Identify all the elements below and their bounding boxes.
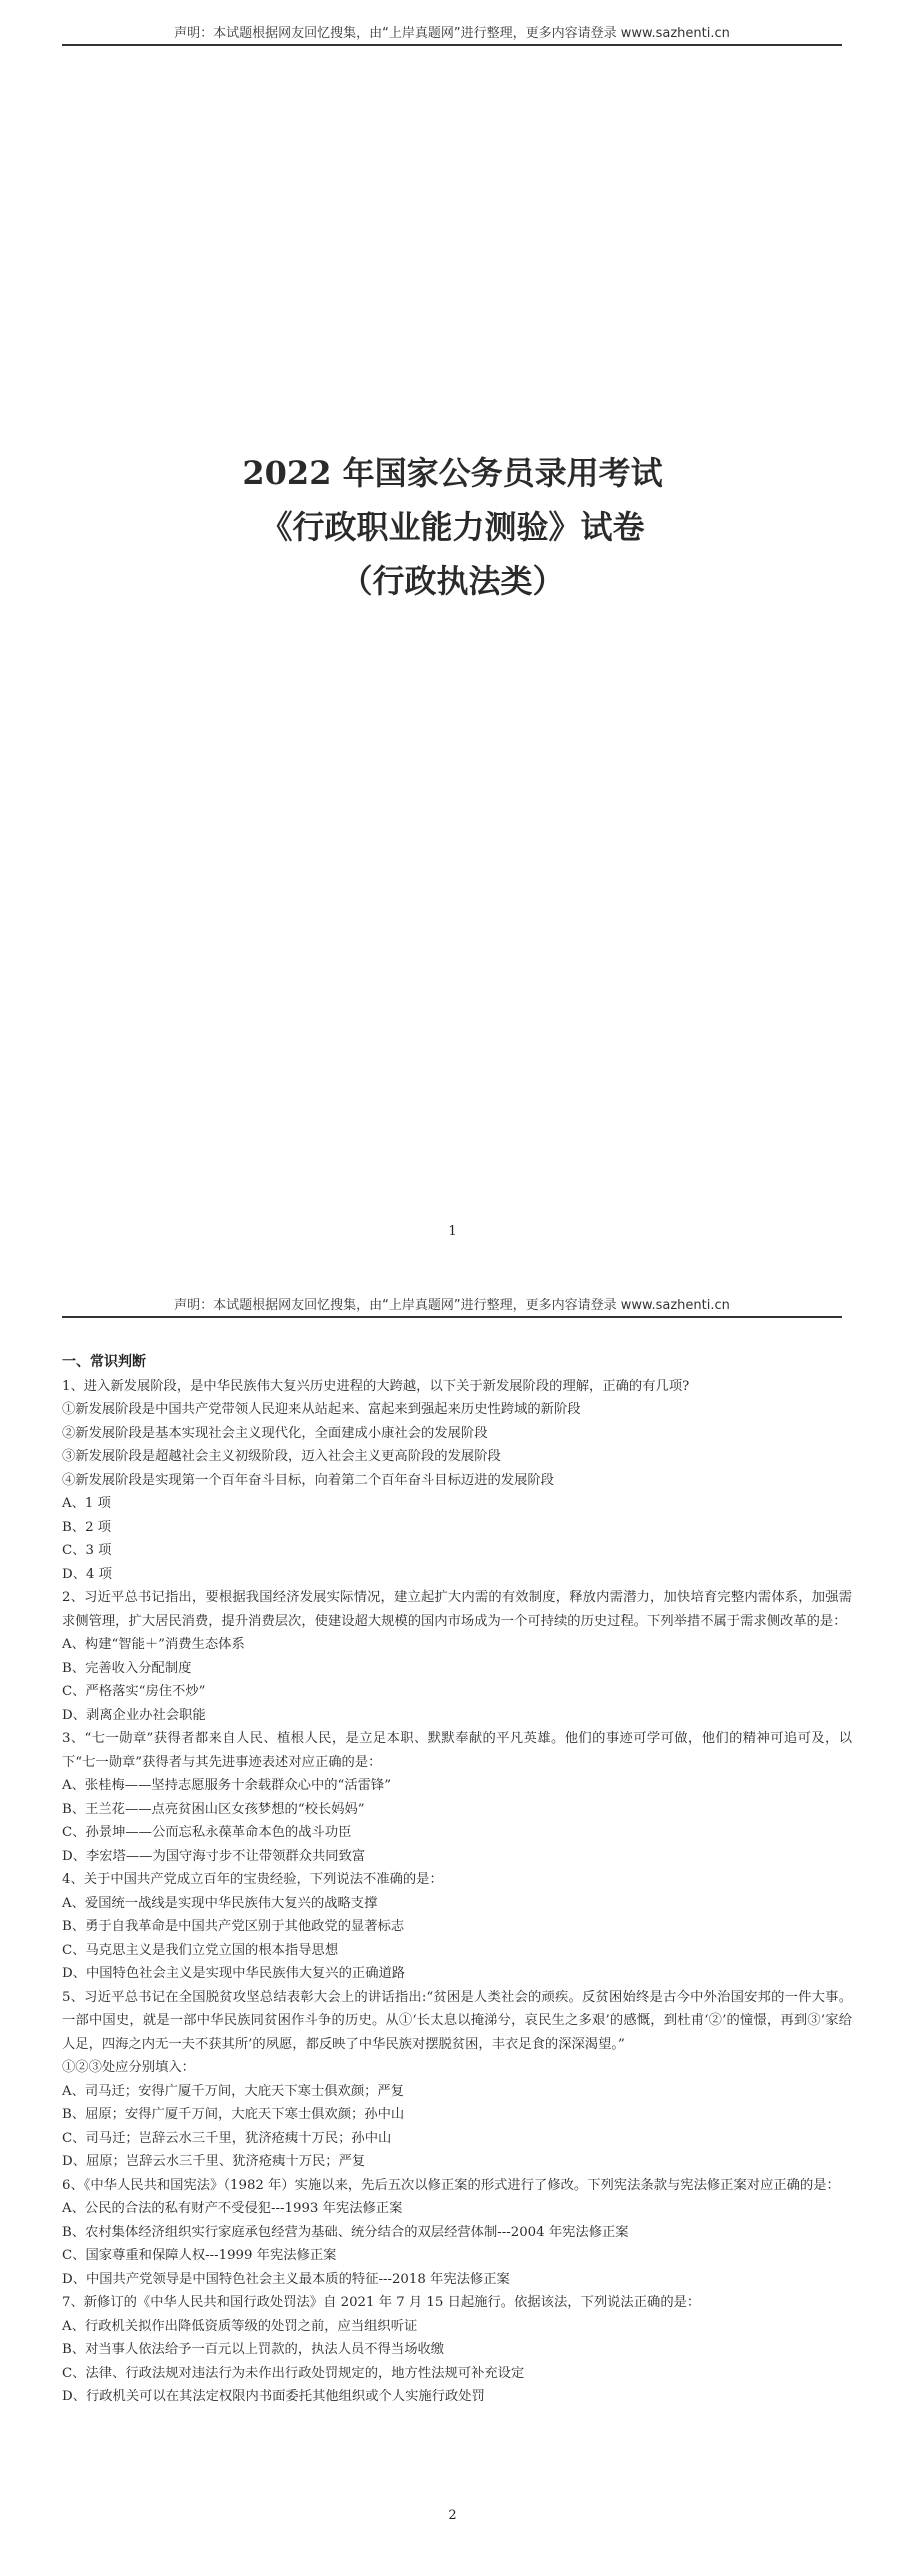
text-line: C、严格落实“房住不炒” — [62, 1680, 852, 1704]
text-line: C、马克思主义是我们立党立国的根本指导思想 — [62, 1939, 852, 1963]
page-number: 2 — [0, 2508, 905, 2523]
text-line: B、完善收入分配制度 — [62, 1657, 852, 1681]
text-line: D、中国共产党领导是中国特色社会主义最本质的特征---2018 年宪法修正案 — [62, 2268, 852, 2292]
text-line: A、行政机关拟作出降低资质等级的处罚之前，应当组织听证 — [62, 2315, 852, 2339]
text-line: ①新发展阶段是中国共产党带领人民迎来从站起来、富起来到强起来历史性跨域的新阶段 — [62, 1398, 852, 1422]
text-line: D、行政机关可以在其法定权限内书面委托其他组织或个人实施行政处罚 — [62, 2385, 852, 2409]
text-line: A、1 项 — [62, 1492, 852, 1516]
text-line: B、勇于自我革命是中国共产党区别于其他政党的显著标志 — [62, 1915, 852, 1939]
text-line: B、2 项 — [62, 1516, 852, 1540]
text-line: D、中国特色社会主义是实现中华民族伟大复兴的正确道路 — [62, 1962, 852, 1986]
text-line: D、剥离企业办社会职能 — [62, 1704, 852, 1728]
text-line: ④新发展阶段是实现第一个百年奋斗目标，向着第二个百年奋斗目标迈进的发展阶段 — [62, 1469, 852, 1493]
text-line: A、爱国统一战线是实现中华民族伟大复兴的战略支撑 — [62, 1892, 852, 1916]
text-line: A、构建“智能＋”消费生态体系 — [62, 1633, 852, 1657]
header-rule — [62, 44, 842, 46]
text-line: D、屈原；岂辞云水三千里、犹济疮痍十万民；严复 — [62, 2150, 852, 2174]
text-line: 1、进入新发展阶段，是中华民族伟大复兴历史进程的大跨越，以下关于新发展阶段的理解… — [62, 1375, 852, 1399]
text-line: 5、习近平总书记在全国脱贫攻坚总结表彰大会上的讲话指出:“贫困是人类社会的顽疾。… — [62, 1986, 852, 2057]
header-notice: 声明：本试题根据网友回忆搜集，由“上岸真题网”进行整理，更多内容请登录 www.… — [62, 22, 842, 41]
text-line: C、司马迁；岂辞云水三千里，犹济疮痍十万民；孙中山 — [62, 2127, 852, 2151]
header-notice: 声明：本试题根据网友回忆搜集，由“上岸真题网”进行整理，更多内容请登录 www.… — [62, 1294, 842, 1313]
text-line: A、张桂梅——坚持志愿服务十余载群众心中的“活雷锋” — [62, 1774, 852, 1798]
text-line: ③新发展阶段是超越社会主义初级阶段，迈入社会主义更高阶段的发展阶段 — [62, 1445, 852, 1469]
text-line: B、王兰花——点亮贫困山区女孩梦想的“校长妈妈” — [62, 1798, 852, 1822]
title-line-year: 2022 年国家公务员录用考试 — [0, 446, 905, 500]
document-title: 2022 年国家公务员录用考试 《行政职业能力测验》试卷 （行政执法类） — [0, 446, 905, 608]
text-line: 4、关于中国共产党成立百年的宝贵经验，下列说法不准确的是： — [62, 1868, 852, 1892]
text-line: 6、《中华人民共和国宪法》（1982 年）实施以来，先后五次以修正案的形式进行了… — [62, 2174, 852, 2198]
text-line: C、国家尊重和保障人权---1999 年宪法修正案 — [62, 2244, 852, 2268]
page-1: 声明：本试题根据网友回忆搜集，由“上岸真题网”进行整理，更多内容请登录 www.… — [0, 0, 905, 1280]
page-2: 声明：本试题根据网友回忆搜集，由“上岸真题网”进行整理，更多内容请登录 www.… — [0, 1280, 905, 2560]
title-line-subject: 《行政职业能力测验》试卷 — [0, 500, 905, 554]
text-line: C、孙景坤——公而忘私永葆革命本色的战斗功臣 — [62, 1821, 852, 1845]
question-content: 一、常识判断 1、进入新发展阶段，是中华民族伟大复兴历史进程的大跨越，以下关于新… — [62, 1351, 852, 2409]
text-line: B、农村集体经济组织实行家庭承包经营为基础、统分结合的双层经营体制---2004… — [62, 2221, 852, 2245]
text-line: ②新发展阶段是基本实现社会主义现代化，全面建成小康社会的发展阶段 — [62, 1422, 852, 1446]
header-rule — [62, 1316, 842, 1318]
text-line: C、3 项 — [62, 1539, 852, 1563]
text-line: D、李宏塔——为国守海寸步不让带领群众共同致富 — [62, 1845, 852, 1869]
text-line: D、4 项 — [62, 1563, 852, 1587]
text-line: 7、新修订的《中华人民共和国行政处罚法》自 2021 年 7 月 15 日起施行… — [62, 2291, 852, 2315]
text-line: B、对当事人依法给予一百元以上罚款的，执法人员不得当场收缴 — [62, 2338, 852, 2362]
text-line: B、屈原；安得广厦千万间，大庇天下寒士俱欢颜；孙中山 — [62, 2103, 852, 2127]
page-number: 1 — [0, 1224, 905, 1239]
section-title: 一、常识判断 — [62, 1351, 852, 1375]
text-line: ①②③处应分别填入： — [62, 2056, 852, 2080]
text-line: C、法律、行政法规对违法行为未作出行政处罚规定的，地方性法规可补充设定 — [62, 2362, 852, 2386]
text-line: 2、习近平总书记指出，要根据我国经济发展实际情况，建立起扩大内需的有效制度，释放… — [62, 1586, 852, 1633]
text-line: A、公民的合法的私有财产不受侵犯---1993 年宪法修正案 — [62, 2197, 852, 2221]
title-line-category: （行政执法类） — [0, 554, 905, 608]
text-line: 3、“七一勋章”获得者都来自人民、植根人民，是立足本职、默默奉献的平凡英雄。他们… — [62, 1727, 852, 1774]
text-line: A、司马迁；安得广厦千万间，大庇天下寒士俱欢颜；严复 — [62, 2080, 852, 2104]
question-lines: 1、进入新发展阶段，是中华民族伟大复兴历史进程的大跨越，以下关于新发展阶段的理解… — [62, 1375, 852, 2409]
